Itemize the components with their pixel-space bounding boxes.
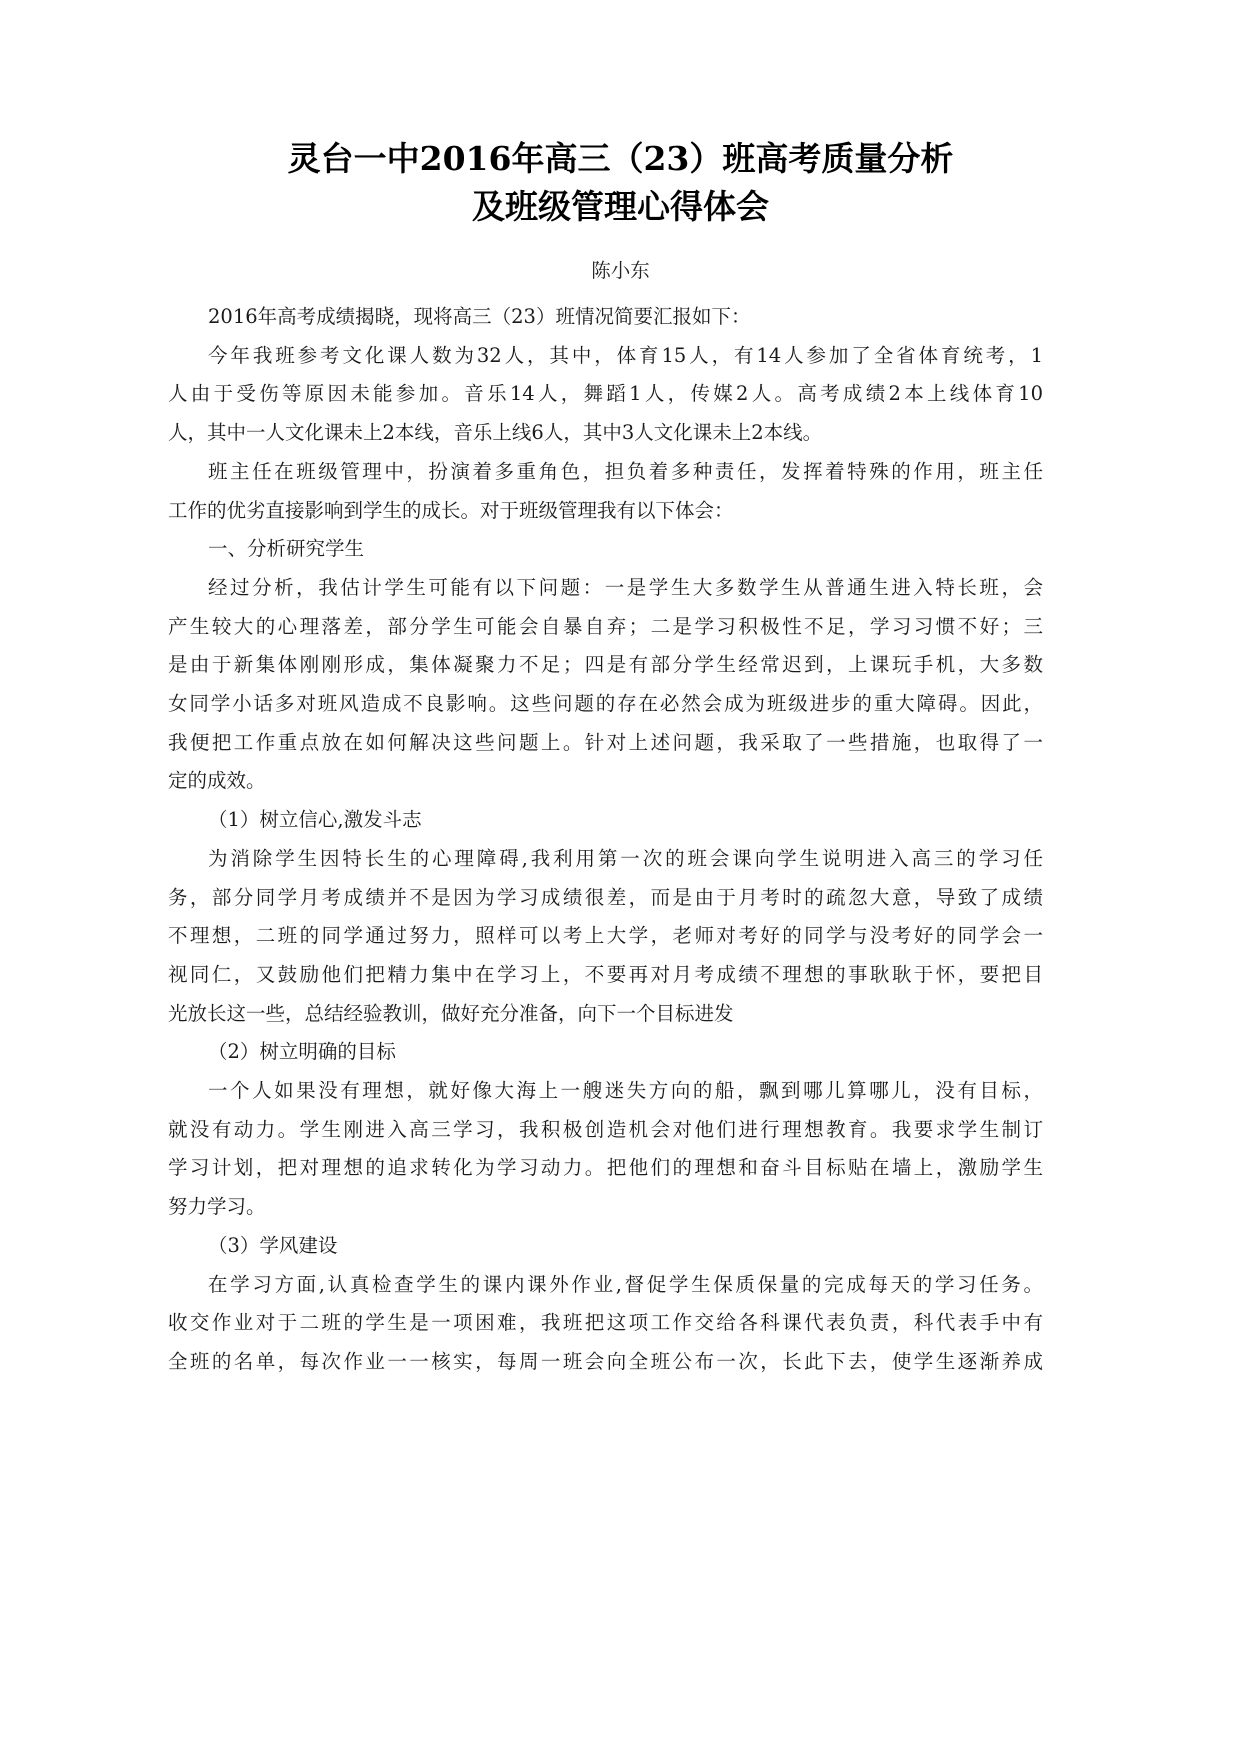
text-line: 视同仁，又鼓励他们把精力集中在学习上，不要再对月考成绩不理想的事耿耿于怀，要把目 bbox=[168, 956, 1043, 995]
text-line: 全班的名单，每次作业一一核实，每周一班会向全班公布一次，长此下去，使学生逐渐养成 bbox=[168, 1343, 1043, 1382]
text-line: 定的成效。 bbox=[168, 762, 1043, 801]
document-title-line-2: 及班级管理心得体会 bbox=[0, 187, 1241, 227]
text-line: 在学习方面,认真检查学生的课内课外作业,督促学生保质保量的完成每天的学习任务。 bbox=[168, 1266, 1043, 1305]
text-line: 是由于新集体刚刚形成，集体凝聚力不足；四是有部分学生经常迟到，上课玩手机，大多数 bbox=[168, 646, 1043, 685]
text-line: 产生较大的心理落差，部分学生可能会自暴自弃；二是学习积极性不足，学习习惯不好；三 bbox=[168, 608, 1043, 647]
text-line: （1）树立信心,激发斗志 bbox=[168, 801, 1043, 840]
text-line: （2）树立明确的目标 bbox=[168, 1033, 1043, 1072]
text-line: 班主任在班级管理中，扮演着多重角色，担负着多种责任，发挥着特殊的作用，班主任 bbox=[168, 453, 1043, 492]
text-line: 2016年高考成绩揭晓，现将高三（23）班情况简要汇报如下： bbox=[168, 298, 1043, 337]
document-title-line-1: 灵台一中2016年高三（23）班高考质量分析 bbox=[0, 139, 1241, 179]
paragraph: （1）树立信心,激发斗志 bbox=[168, 801, 1043, 840]
paragraph: 一、分析研究学生 bbox=[168, 530, 1043, 569]
text-line: 人，其中一人文化课未上2本线，音乐上线6人，其中3人文化课未上2本线。 bbox=[168, 414, 1043, 453]
text-line: 就没有动力。学生刚进入高三学习，我积极创造机会对他们进行理想教育。我要求学生制订 bbox=[168, 1111, 1043, 1150]
document-page: 灵台一中2016年高三（23）班高考质量分析 及班级管理心得体会 陈小东 201… bbox=[0, 0, 1241, 1754]
text-line: 经过分析，我估计学生可能有以下问题：一是学生大多数学生从普通生进入特长班，会 bbox=[168, 569, 1043, 608]
text-line: 不理想，二班的同学通过努力，照样可以考上大学，老师对考好的同学与没考好的同学会一 bbox=[168, 917, 1043, 956]
paragraph: 在学习方面,认真检查学生的课内课外作业,督促学生保质保量的完成每天的学习任务。收… bbox=[168, 1266, 1043, 1382]
text-line: 我便把工作重点放在如何解决这些问题上。针对上述问题，我采取了一些措施，也取得了一 bbox=[168, 724, 1043, 763]
paragraph: 经过分析，我估计学生可能有以下问题：一是学生大多数学生从普通生进入特长班，会产生… bbox=[168, 569, 1043, 801]
text-line: 光放长这一些，总结经验教训，做好充分准备，向下一个目标进发 bbox=[168, 995, 1043, 1034]
paragraph: 2016年高考成绩揭晓，现将高三（23）班情况简要汇报如下： bbox=[168, 298, 1043, 337]
text-line: 今年我班参考文化课人数为32人，其中，体育15人，有14人参加了全省体育统考，1 bbox=[168, 337, 1043, 376]
text-line: 一、分析研究学生 bbox=[168, 530, 1043, 569]
text-line: 收交作业对于二班的学生是一项困难，我班把这项工作交给各科课代表负责，科代表手中有 bbox=[168, 1304, 1043, 1343]
text-line: 工作的优劣直接影响到学生的成长。对于班级管理我有以下体会： bbox=[168, 492, 1043, 531]
paragraph: 今年我班参考文化课人数为32人，其中，体育15人，有14人参加了全省体育统考，1… bbox=[168, 337, 1043, 453]
text-line: 学习计划，把对理想的追求转化为学习动力。把他们的理想和奋斗目标贴在墙上，激励学生 bbox=[168, 1149, 1043, 1188]
paragraph: 为消除学生因特长生的心理障碍,我利用第一次的班会课向学生说明进入高三的学习任务，… bbox=[168, 840, 1043, 1034]
paragraph: （3）学风建设 bbox=[168, 1227, 1043, 1266]
text-line: 女同学小话多对班风造成不良影响。这些问题的存在必然会成为班级进步的重大障碍。因此… bbox=[168, 685, 1043, 724]
text-line: 人由于受伤等原因未能参加。音乐14人，舞蹈1人，传媒2人。高考成绩2本上线体育1… bbox=[168, 375, 1043, 414]
text-line: （3）学风建设 bbox=[168, 1227, 1043, 1266]
text-line: 为消除学生因特长生的心理障碍,我利用第一次的班会课向学生说明进入高三的学习任 bbox=[168, 840, 1043, 879]
paragraph: 一个人如果没有理想，就好像大海上一艘迷失方向的船，飘到哪儿算哪儿，没有目标，就没… bbox=[168, 1072, 1043, 1227]
paragraph: （2）树立明确的目标 bbox=[168, 1033, 1043, 1072]
text-line: 努力学习。 bbox=[168, 1188, 1043, 1227]
text-line: 一个人如果没有理想，就好像大海上一艘迷失方向的船，飘到哪儿算哪儿，没有目标， bbox=[168, 1072, 1043, 1111]
paragraph: 班主任在班级管理中，扮演着多重角色，担负着多种责任，发挥着特殊的作用，班主任工作… bbox=[168, 453, 1043, 530]
text-line: 务，部分同学月考成绩并不是因为学习成绩很差，而是由于月考时的疏忽大意，导致了成绩 bbox=[168, 879, 1043, 918]
author-name: 陈小东 bbox=[0, 256, 1241, 286]
document-body: 2016年高考成绩揭晓，现将高三（23）班情况简要汇报如下：今年我班参考文化课人… bbox=[168, 298, 1043, 1382]
